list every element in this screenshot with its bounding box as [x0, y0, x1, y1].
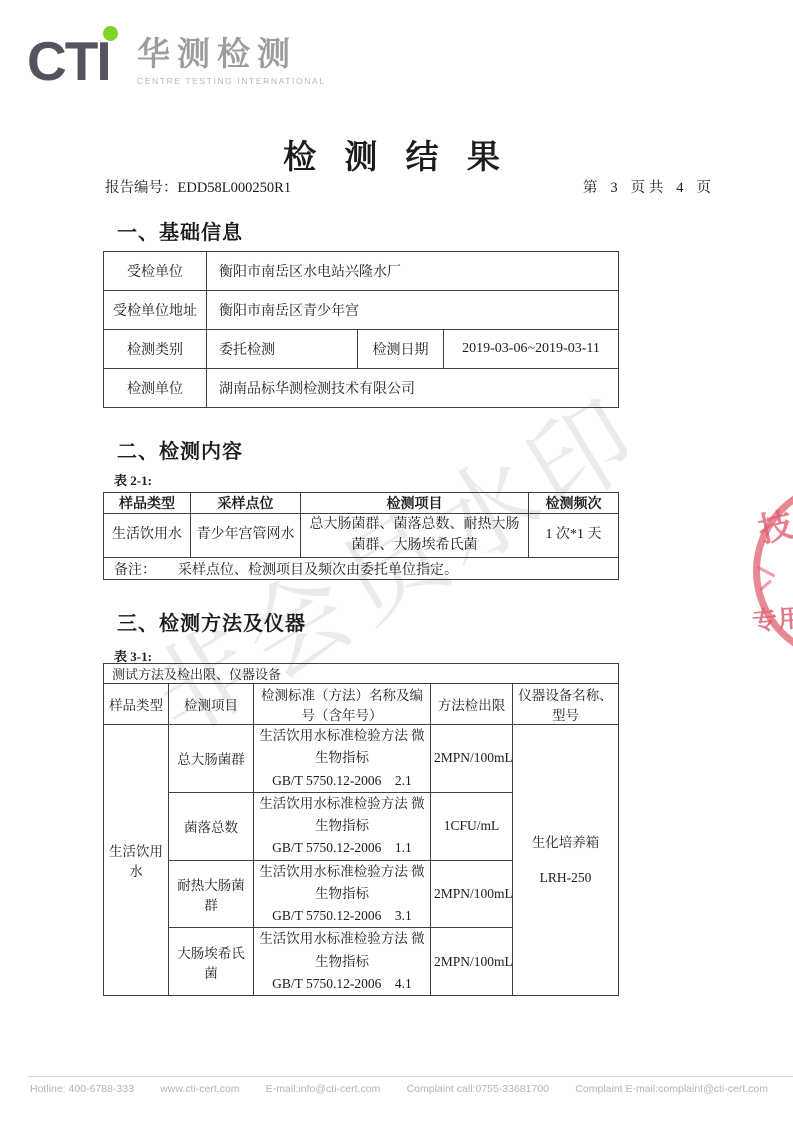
page-indicator-mid: 页 共 — [631, 180, 664, 196]
instrument-name: 生化培养箱 — [516, 825, 615, 860]
footer-complaint-call: Complaint call:0755-33681700 — [407, 1083, 549, 1095]
section-heading-test-content: 二、检测内容 — [117, 435, 243, 464]
page-indicator-suffix: 页 — [697, 180, 712, 196]
red-seal-stamp: 技 专用 — [751, 488, 793, 666]
basic-info-label: 受检单位 — [104, 252, 207, 291]
method-standard-cell: 生活饮用水标准检验方法 微生物指标 GB/T 5750.12-2006 4.1 — [254, 928, 431, 996]
instrument-model: LRH-250 — [516, 860, 615, 895]
report-meta-line: 报告编号：EDD58L000250R1 第3页 共4页 — [105, 176, 711, 197]
footer-email: E-mail:info@cti-cert.com — [266, 1083, 381, 1095]
sample-type-cell: 生活饮用水 — [104, 725, 169, 996]
method-name: 生活饮用水标准检验方法 微生物指标 — [257, 725, 427, 770]
footer-contact-bar: Hotline: 400-6788-333 www.cti-cert.com E… — [30, 1083, 768, 1095]
column-header: 仪器设备名称、型号 — [513, 684, 619, 725]
table-header-row: 样品类型 采样点位 检测项目 检测频次 — [104, 493, 619, 514]
cti-logo-mark: CTI — [27, 26, 127, 96]
column-header: 检测项目 — [169, 684, 254, 725]
table-row: 受检单位地址 衡阳市南岳区青少年宫 — [104, 291, 619, 330]
column-header: 样品类型 — [104, 684, 169, 725]
sampling-point-cell: 青少年宫管网水 — [191, 514, 301, 558]
sample-type-cell: 生活饮用水 — [104, 514, 191, 558]
basic-info-table: 受检单位 衡阳市南岳区水电站兴隆水厂 受检单位地址 衡阳市南岳区青少年宫 检测类… — [103, 251, 619, 408]
footer-divider — [28, 1076, 793, 1077]
table-row: 受检单位 衡阳市南岳区水电站兴隆水厂 — [104, 252, 619, 291]
note-cell: 备注：采样点位、检测项目及频次由委托单位指定。 — [104, 558, 619, 580]
method-code: GB/T 5750.12-2006 3.1 — [257, 905, 427, 927]
method-name: 生活饮用水标准检验方法 微生物指标 — [257, 793, 427, 838]
table-note-row: 备注：采样点位、检测项目及频次由委托单位指定。 — [104, 558, 619, 580]
table-2-1-label: 表 2-1: — [114, 470, 152, 489]
page-indicator: 第3页 共4页 — [583, 176, 711, 197]
table-row: 生活饮用水 总大肠菌群 生活饮用水标准检验方法 微生物指标 GB/T 5750.… — [104, 725, 619, 793]
table-row: 生活饮用水 青少年宫管网水 总大肠菌群、菌落总数、耐热大肠菌群、大肠埃希氏菌 1… — [104, 514, 619, 558]
table-row: 检测单位 湖南品标华测检测技术有限公司 — [104, 369, 619, 408]
instrument-cell: 生化培养箱 LRH-250 — [513, 725, 619, 996]
cti-logo-chinese-name: 华测检测 — [137, 36, 326, 72]
detection-limit-cell: 2MPN/100mL — [431, 860, 513, 928]
method-code: GB/T 5750.12-2006 2.1 — [257, 770, 427, 792]
column-header: 采样点位 — [191, 493, 301, 514]
table-caption-row: 测试方法及检出限、仪器设备 — [104, 664, 619, 684]
basic-info-label: 检测类别 — [104, 330, 207, 369]
test-item-cell: 总大肠菌群 — [169, 725, 254, 793]
column-header: 检测项目 — [301, 493, 529, 514]
cti-logo-letters: CTI — [27, 34, 110, 89]
page-indicator-prefix: 第 — [583, 180, 598, 196]
basic-info-value: 2019-03-06~2019-03-11 — [444, 330, 619, 369]
frequency-cell: 1 次*1 天 — [529, 514, 619, 558]
column-header: 检测标准（方法）名称及编号（含年号） — [254, 684, 431, 725]
test-item-cell: 菌落总数 — [169, 792, 254, 860]
note-label: 备注： — [114, 563, 156, 578]
method-name: 生活饮用水标准检验方法 微生物指标 — [257, 861, 427, 906]
test-item-cell: 大肠埃希氏菌 — [169, 928, 254, 996]
basic-info-label: 受检单位地址 — [104, 291, 207, 330]
page-title: 检 测 结 果 — [0, 131, 793, 178]
seal-text-fragment: 专用 — [751, 598, 793, 638]
cti-logo-green-dot-icon — [103, 26, 118, 41]
basic-info-label: 检测单位 — [104, 369, 207, 408]
report-number-label: 报告编号： — [105, 180, 178, 196]
methods-table: 测试方法及检出限、仪器设备 样品类型 检测项目 检测标准（方法）名称及编号（含年… — [103, 663, 619, 996]
method-code: GB/T 5750.12-2006 1.1 — [257, 837, 427, 859]
method-standard-cell: 生活饮用水标准检验方法 微生物指标 GB/T 5750.12-2006 3.1 — [254, 860, 431, 928]
column-header: 检测频次 — [529, 493, 619, 514]
footer-website: www.cti-cert.com — [160, 1083, 239, 1095]
basic-info-value: 湖南品标华测检测技术有限公司 — [207, 369, 619, 408]
report-number: 报告编号：EDD58L000250R1 — [105, 176, 291, 197]
method-standard-cell: 生活饮用水标准检验方法 微生物指标 GB/T 5750.12-2006 1.1 — [254, 792, 431, 860]
detection-limit-cell: 2MPN/100mL — [431, 928, 513, 996]
test-items-cell: 总大肠菌群、菌落总数、耐热大肠菌群、大肠埃希氏菌 — [301, 514, 529, 558]
table-header-row: 样品类型 检测项目 检测标准（方法）名称及编号（含年号） 方法检出限 仪器设备名… — [104, 684, 619, 725]
column-header: 样品类型 — [104, 493, 191, 514]
method-code: GB/T 5750.12-2006 4.1 — [257, 973, 427, 995]
basic-info-value: 衡阳市南岳区水电站兴隆水厂 — [207, 252, 619, 291]
section-heading-methods: 三、检测方法及仪器 — [117, 607, 306, 636]
table-caption-cell: 测试方法及检出限、仪器设备 — [104, 664, 619, 684]
table-row: 检测类别 委托检测 检测日期 2019-03-06~2019-03-11 — [104, 330, 619, 369]
report-number-value: EDD58L000250R1 — [178, 180, 292, 196]
basic-info-value: 衡阳市南岳区青少年宫 — [207, 291, 619, 330]
test-item-cell: 耐热大肠菌群 — [169, 860, 254, 928]
column-header: 方法检出限 — [431, 684, 513, 725]
basic-info-label: 检测日期 — [358, 330, 444, 369]
footer-hotline: Hotline: 400-6788-333 — [30, 1083, 134, 1095]
basic-info-value: 委托检测 — [207, 330, 358, 369]
cti-logo-english-name: CENTRE TESTING INTERNATIONAL — [137, 76, 326, 86]
footer-complaint-email: Complaint E-mail:complaint@cti-cert.com — [575, 1083, 768, 1095]
method-standard-cell: 生活饮用水标准检验方法 微生物指标 GB/T 5750.12-2006 2.1 — [254, 725, 431, 793]
page-total: 4 — [676, 180, 683, 196]
page-current: 3 — [610, 180, 617, 196]
method-name: 生活饮用水标准检验方法 微生物指标 — [257, 928, 427, 973]
note-text: 采样点位、检测项目及频次由委托单位指定。 — [178, 563, 458, 578]
scanned-test-report-page: 非会员水印 技 专用 CTI 华测检测 CENTRE TESTING INTER… — [0, 0, 793, 1121]
cti-logo: CTI 华测检测 CENTRE TESTING INTERNATIONAL — [27, 26, 326, 96]
detection-limit-cell: 2MPN/100mL — [431, 725, 513, 793]
detection-limit-cell: 1CFU/mL — [431, 792, 513, 860]
section-heading-basic-info: 一、基础信息 — [117, 216, 243, 245]
test-content-table: 样品类型 采样点位 检测项目 检测频次 生活饮用水 青少年宫管网水 总大肠菌群、… — [103, 492, 619, 580]
